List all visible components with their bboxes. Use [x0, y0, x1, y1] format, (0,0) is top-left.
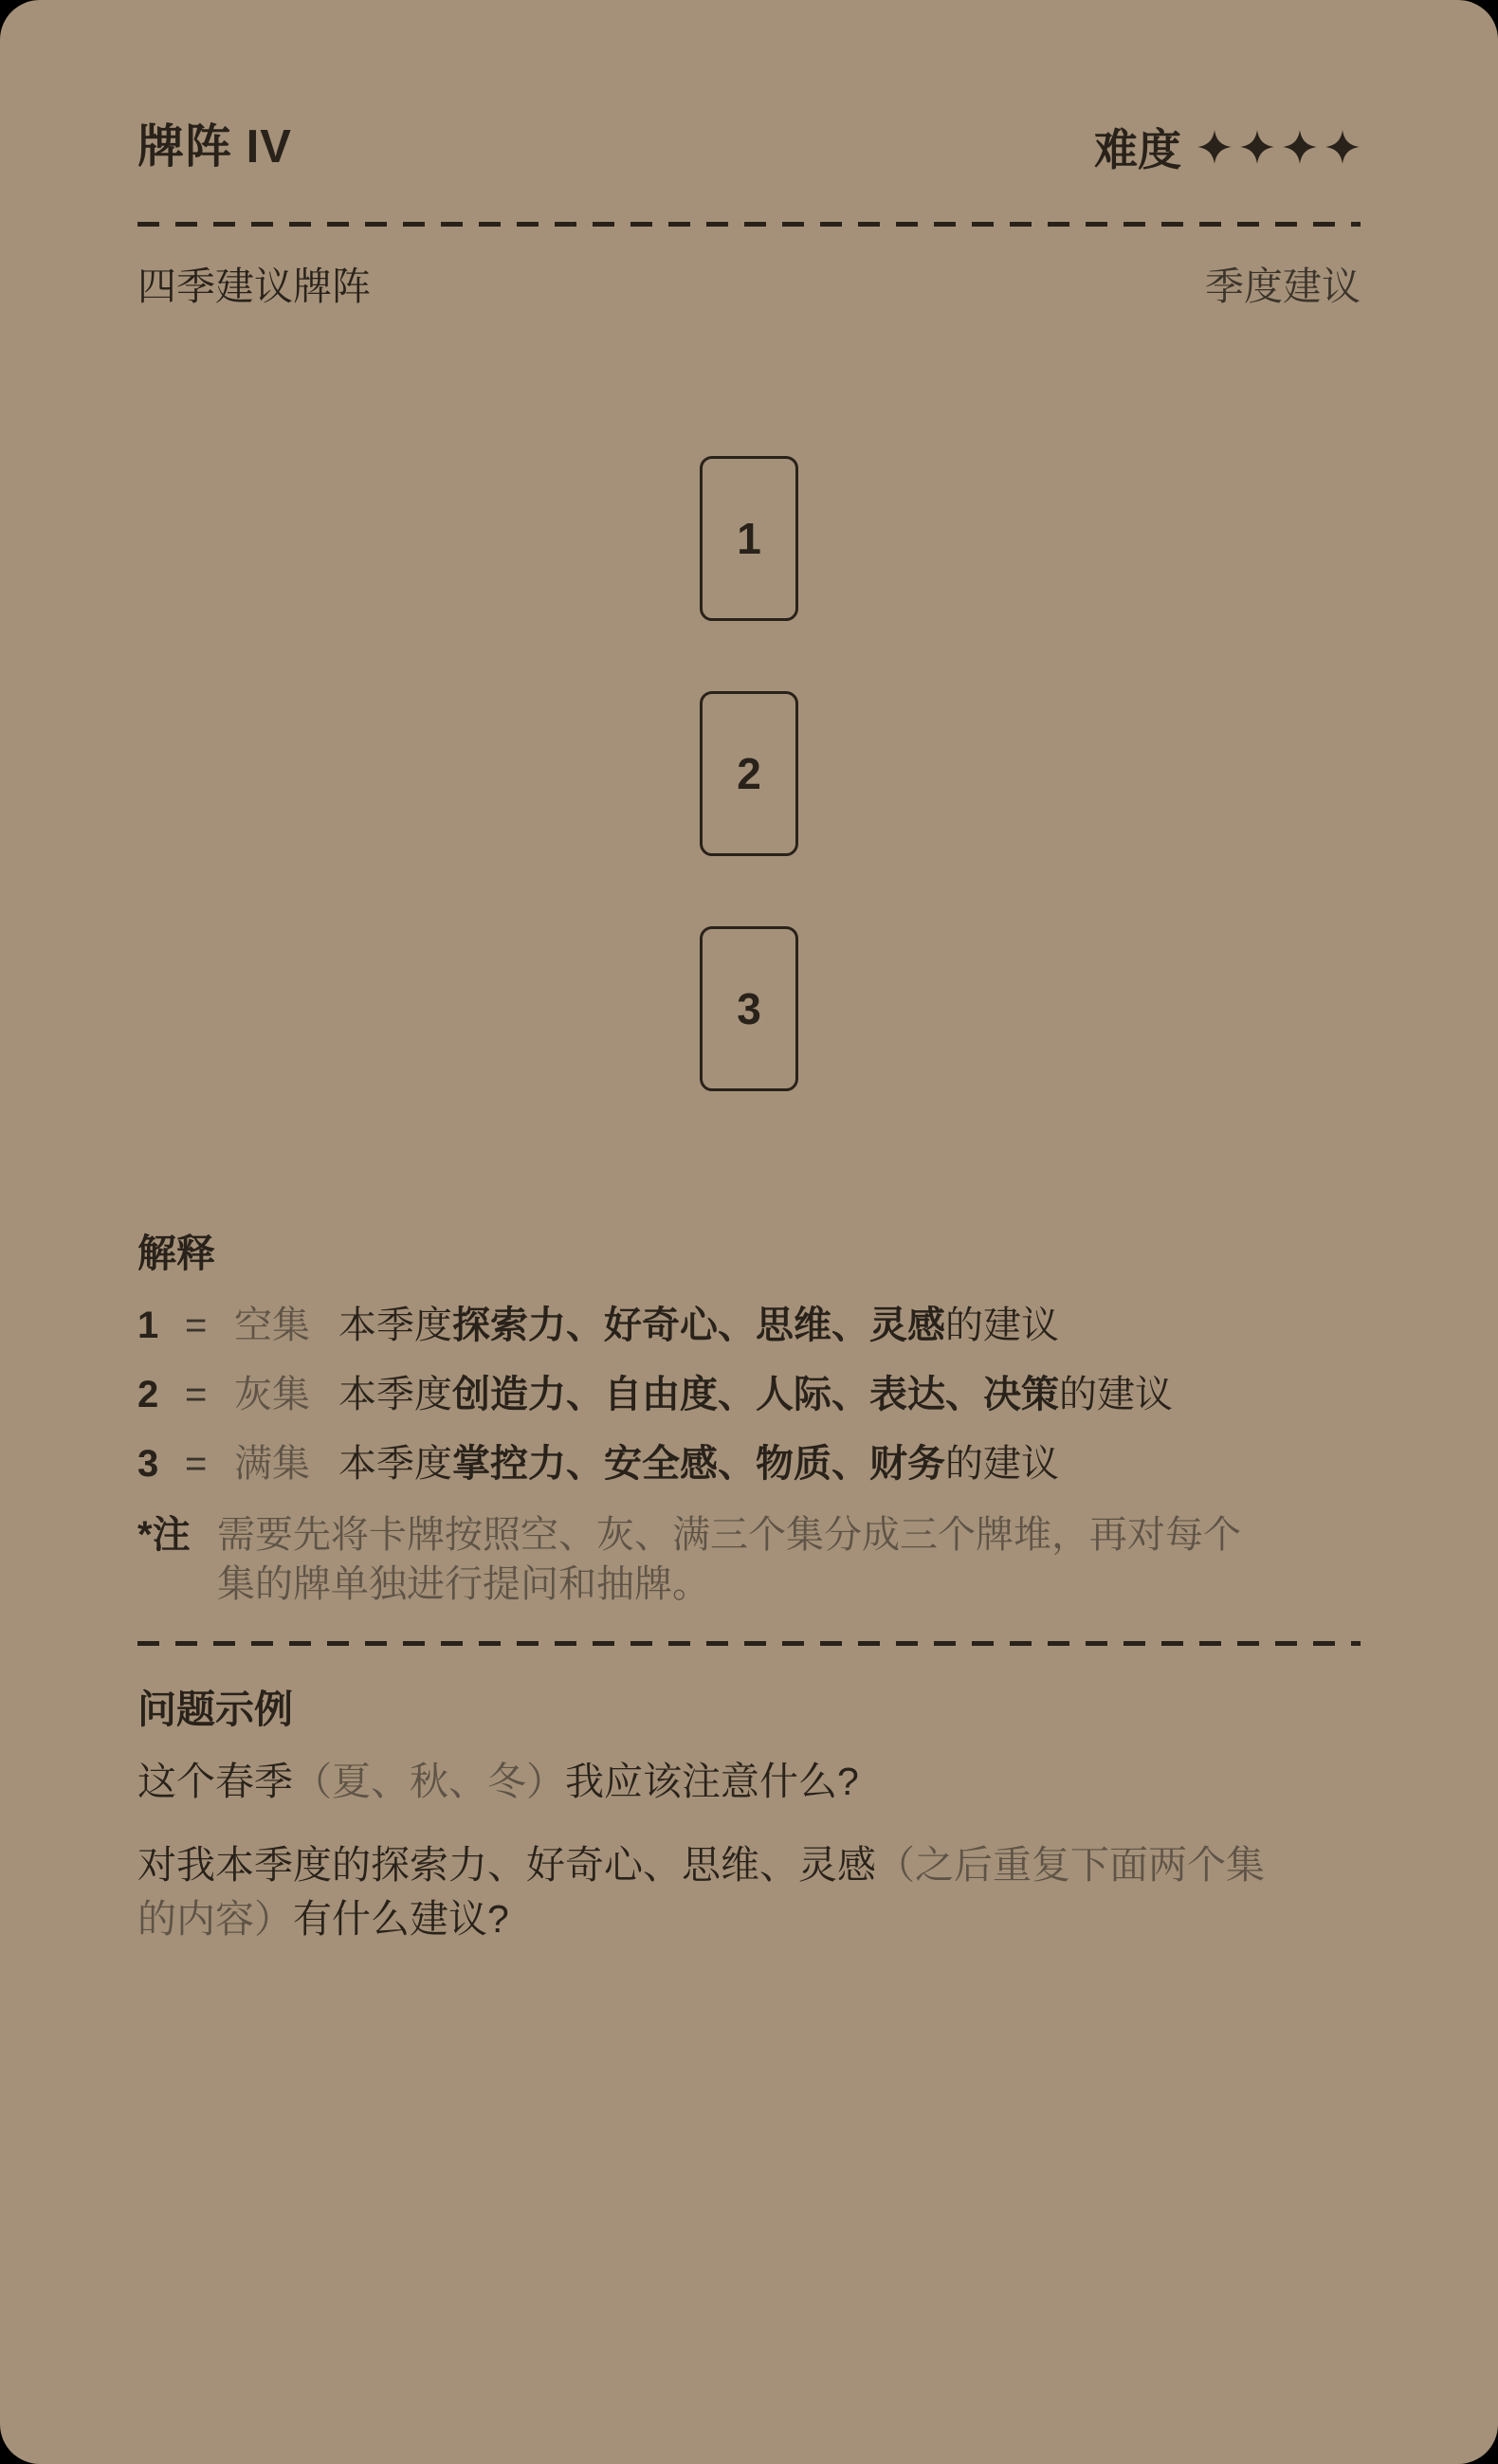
card-number: 3: [737, 983, 761, 1034]
spread-guide-page: 牌阵 IV 难度 四季建议牌阵 季度建议 1 2 3 解释 1 = 空集 本季度…: [0, 0, 1498, 2464]
example-questions-section: 问题示例 这个春季（夏、秋、冬）我应该注意什么? 对我本季度的探索力、好奇心、思…: [137, 1687, 1361, 1946]
difficulty-label: 难度: [1094, 116, 1181, 178]
description-keywords: 探索力、好奇心、思维、灵感: [452, 1305, 945, 1346]
example-question-2: 对我本季度的探索力、好奇心、思维、灵感（之后重复下面两个集的内容）有什么建议?: [137, 1838, 1361, 1946]
difficulty-star-icon: [1197, 129, 1233, 165]
card-number: 1: [737, 513, 761, 564]
description-keywords: 创造力、自由度、人际、表达、决策: [452, 1374, 1059, 1415]
note-text: 需要先将卡牌按照空、灰、满三个集分成三个牌堆，再对每个集的牌单独进行提问和抽牌。: [217, 1510, 1241, 1609]
question-parenthetical: （之后重复下面两个集: [876, 1843, 1265, 1887]
description-keywords: 掌控力、安全感、物质、财务: [452, 1443, 945, 1485]
legend-number: 3: [137, 1430, 185, 1499]
card-position-2: 2: [700, 691, 798, 856]
difficulty-stars: [1197, 129, 1361, 165]
question-parenthetical: （夏、秋、冬）: [293, 1760, 565, 1803]
note-line-1: 需要先将卡牌按照空、灰、满三个集分成三个牌堆，再对每个: [217, 1514, 1241, 1556]
question-parenthetical: 的内容）: [137, 1897, 293, 1941]
legend-number: 1: [137, 1291, 185, 1360]
position-legend: 1 = 空集 本季度探索力、好奇心、思维、灵感的建议 2 = 灰集 本季度创造力…: [137, 1291, 1361, 1499]
dashed-divider-top: [137, 222, 1361, 227]
spread-category: 季度建议: [1205, 264, 1361, 309]
card-number: 2: [737, 748, 761, 799]
question-text: 对我本季度的探索力、好奇心、思维、灵感: [137, 1843, 876, 1887]
difficulty-rating: 难度: [1094, 116, 1361, 178]
page-title: 牌阵 IV: [137, 120, 292, 173]
card-spread-layout: 1 2 3: [700, 456, 798, 1091]
explanation-heading: 解释: [137, 1231, 1361, 1276]
legend-item-3: 3 = 满集 本季度掌控力、安全感、物质、财务的建议: [137, 1430, 1361, 1499]
usage-note: *注 需要先将卡牌按照空、灰、满三个集分成三个牌堆，再对每个集的牌单独进行提问和…: [137, 1510, 1361, 1609]
equals-sign: =: [185, 1430, 234, 1499]
note-line-2: 集的牌单独进行提问和抽牌。: [217, 1563, 710, 1605]
difficulty-star-icon: [1239, 129, 1275, 165]
set-name: 满集: [234, 1430, 310, 1499]
note-label: *注: [137, 1510, 217, 1560]
question-text: 有什么建议?: [293, 1897, 509, 1941]
spread-name: 四季建议牌阵: [137, 264, 371, 309]
legend-description: 本季度掌控力、安全感、物质、财务的建议: [338, 1430, 1059, 1499]
difficulty-star-icon: [1282, 129, 1318, 165]
legend-item-2: 2 = 灰集 本季度创造力、自由度、人际、表达、决策的建议: [137, 1360, 1361, 1430]
legend-number: 2: [137, 1360, 185, 1430]
legend-description: 本季度创造力、自由度、人际、表达、决策的建议: [338, 1360, 1173, 1430]
description-suffix: 的建议: [945, 1305, 1059, 1346]
page-header: 牌阵 IV 难度: [137, 116, 1361, 178]
set-name: 空集: [234, 1291, 310, 1360]
description-prefix: 本季度: [338, 1443, 452, 1485]
dashed-divider-bottom: [137, 1641, 1361, 1646]
difficulty-star-icon: [1324, 129, 1361, 165]
description-suffix: 的建议: [945, 1443, 1059, 1485]
card-position-3: 3: [700, 926, 798, 1091]
description-prefix: 本季度: [338, 1305, 452, 1346]
card-position-1: 1: [700, 456, 798, 621]
legend-description: 本季度探索力、好奇心、思维、灵感的建议: [338, 1291, 1059, 1360]
questions-heading: 问题示例: [137, 1687, 1361, 1732]
equals-sign: =: [185, 1291, 234, 1360]
description-suffix: 的建议: [1059, 1374, 1173, 1415]
spread-subheader: 四季建议牌阵 季度建议: [137, 264, 1361, 309]
question-text: 这个春季: [137, 1760, 293, 1803]
set-name: 灰集: [234, 1360, 310, 1430]
example-question-1: 这个春季（夏、秋、冬）我应该注意什么?: [137, 1757, 1361, 1806]
equals-sign: =: [185, 1360, 234, 1430]
legend-item-1: 1 = 空集 本季度探索力、好奇心、思维、灵感的建议: [137, 1291, 1361, 1360]
question-text: 我应该注意什么?: [565, 1760, 859, 1803]
explanation-section: 解释 1 = 空集 本季度探索力、好奇心、思维、灵感的建议 2 = 灰集 本季度…: [137, 1231, 1361, 1609]
description-prefix: 本季度: [338, 1374, 452, 1415]
